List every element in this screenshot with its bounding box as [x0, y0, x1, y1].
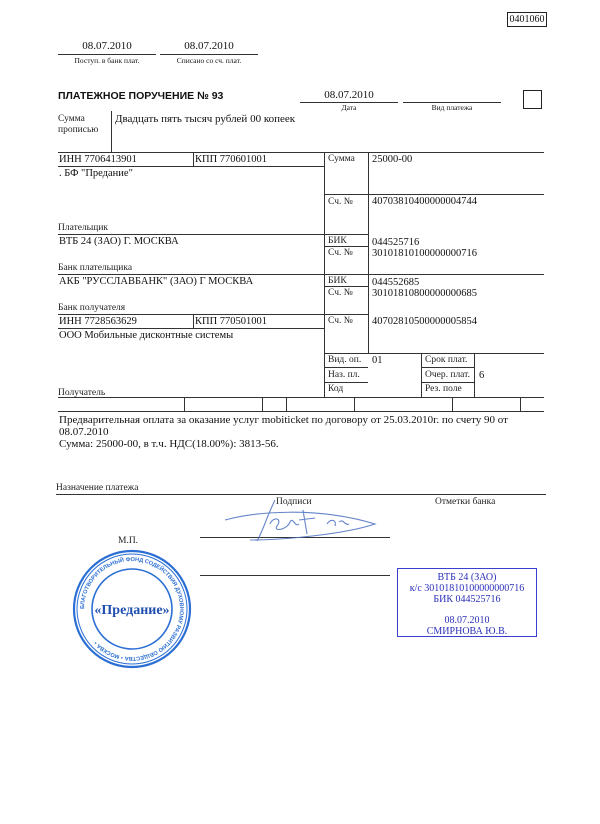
page-title: ПЛАТЕЖНОЕ ПОРУЧЕНИЕ № 93: [58, 90, 223, 102]
payer-bank-label: Банк плательщика: [58, 263, 132, 274]
purpose-line-1: Предварительная оплата за оказание услуг…: [59, 414, 508, 426]
payer-account-label: Сч. №: [328, 197, 353, 208]
grid-line: [58, 411, 544, 412]
priority-label: Очер. плат.: [425, 370, 470, 381]
grid-line: [368, 152, 369, 353]
grid-line: [184, 397, 185, 411]
signature-mark: [215, 496, 385, 546]
bank-stamp-line: БИК 044525716: [398, 594, 536, 605]
grid-line: [58, 274, 544, 275]
payee-inn: ИНН 7728563629: [59, 316, 137, 328]
payer-bank-account: 30101810100000000716: [372, 248, 477, 260]
grid-line: [324, 194, 544, 195]
amount-words-label-1: Сумма: [58, 114, 85, 125]
received-date: 08.07.2010: [58, 40, 156, 52]
payer-name: . БФ "Предание": [59, 168, 133, 180]
grid-line: [324, 353, 544, 354]
grid-line: [324, 286, 368, 287]
payer-amount: 25000-00: [372, 154, 412, 166]
reserve-label: Рез. поле: [425, 384, 462, 395]
payee-bank-name: АКБ "РУССЛАВБАНК" (ЗАО) Г МОСКВА: [59, 276, 253, 288]
bank-stamp-line: ВТБ 24 (ЗАО): [398, 572, 536, 583]
order-date: 08.07.2010: [300, 89, 398, 101]
op-type: 01: [372, 355, 383, 367]
payment-type-label: Вид платежа: [403, 103, 501, 112]
grid-line: [421, 367, 474, 368]
grid-line: [452, 397, 453, 411]
grid-line: [262, 397, 263, 411]
stamp-place-label: М.П.: [118, 536, 138, 547]
grid-line: [286, 397, 287, 411]
grid-line: [324, 246, 368, 247]
payee-bank-account-label: Сч. №: [328, 288, 353, 299]
purpose-line-2: 08.07.2010: [59, 426, 109, 438]
code-label: Код: [328, 384, 343, 395]
amount-words-value: Двадцать пять тысяч рублей 00 копеек: [115, 113, 295, 125]
grid-line: [58, 166, 324, 167]
grid-line: [354, 397, 355, 411]
grid-line: [421, 382, 474, 383]
debited-date-line: [160, 54, 258, 55]
grid-line: [421, 353, 422, 397]
seal-text: «Предание»: [94, 603, 169, 618]
bank-marks-label: Отметки банка: [435, 497, 495, 508]
payer-amount-label: Сумма: [328, 154, 355, 165]
payer-inn: ИНН 7706413901: [59, 154, 137, 166]
bank-stamp: ВТБ 24 (ЗАО) к/с 30101810100000000716 БИ…: [397, 568, 537, 637]
grid-line: [193, 152, 194, 166]
grid-line: [474, 353, 475, 397]
received-label: Поступ. в банк плат.: [58, 56, 156, 65]
grid-line: [58, 152, 544, 153]
bank-stamp-line: [398, 606, 536, 615]
grid-line: [58, 234, 368, 235]
grid-line: [520, 397, 521, 411]
purpose-line-3: Сумма: 25000-00, в т.ч. НДС(18.00%): 381…: [59, 438, 279, 450]
grid-line: [58, 397, 544, 398]
bank-stamp-line: 08.07.2010: [398, 615, 536, 626]
form-code: 0401060: [507, 12, 547, 27]
payee-account: 40702810500000005854: [372, 316, 477, 328]
grid-line: [56, 494, 546, 495]
payer-label: Плательщик: [58, 223, 108, 234]
payer-account: 40703810400000004744: [372, 196, 477, 208]
payee-name: ООО Мобильные дисконтные системы: [59, 330, 233, 342]
grid-line: [58, 328, 324, 329]
priority: 6: [479, 370, 484, 382]
amount-words-divider: [111, 111, 112, 152]
signature-line-2: [200, 575, 390, 576]
grid-line: [193, 314, 194, 328]
grid-line: [324, 382, 368, 383]
payee-kpp: КПП 770501001: [195, 316, 267, 328]
debited-date: 08.07.2010: [160, 40, 258, 52]
amount-words-label-2: прописью: [58, 125, 98, 136]
grid-line: [324, 367, 368, 368]
seal-stamp: БЛАГОТВОРИТЕЛЬНЫЙ ФОНД СОДЕЙСТВИЯ ДУХОВН…: [70, 548, 194, 670]
payee-account-label: Сч. №: [328, 316, 353, 327]
bank-stamp-line: к/с 30101810100000000716: [398, 583, 536, 594]
purpose-label: Назначение платежа: [56, 483, 138, 494]
payer-bank-name: ВТБ 24 (ЗАО) Г. МОСКВА: [59, 236, 179, 248]
grid-line: [58, 314, 368, 315]
order-date-label: Дата: [300, 103, 398, 112]
payer-kpp: КПП 770601001: [195, 154, 267, 166]
payee-bank-label: Банк получателя: [58, 303, 125, 314]
status-checkbox: [523, 90, 542, 109]
received-date-line: [58, 54, 156, 55]
purpose-code-label: Наз. пл.: [328, 370, 360, 381]
payee-bank-account: 30101810800000000685: [372, 288, 477, 300]
op-type-label: Вид. оп.: [328, 355, 361, 366]
debited-label: Списано со сч. плат.: [160, 56, 258, 65]
term-label: Срок плат.: [425, 355, 467, 366]
bank-stamp-line: СМИРНОВА Ю.В.: [398, 626, 536, 637]
payer-bank-account-label: Сч. №: [328, 248, 353, 259]
